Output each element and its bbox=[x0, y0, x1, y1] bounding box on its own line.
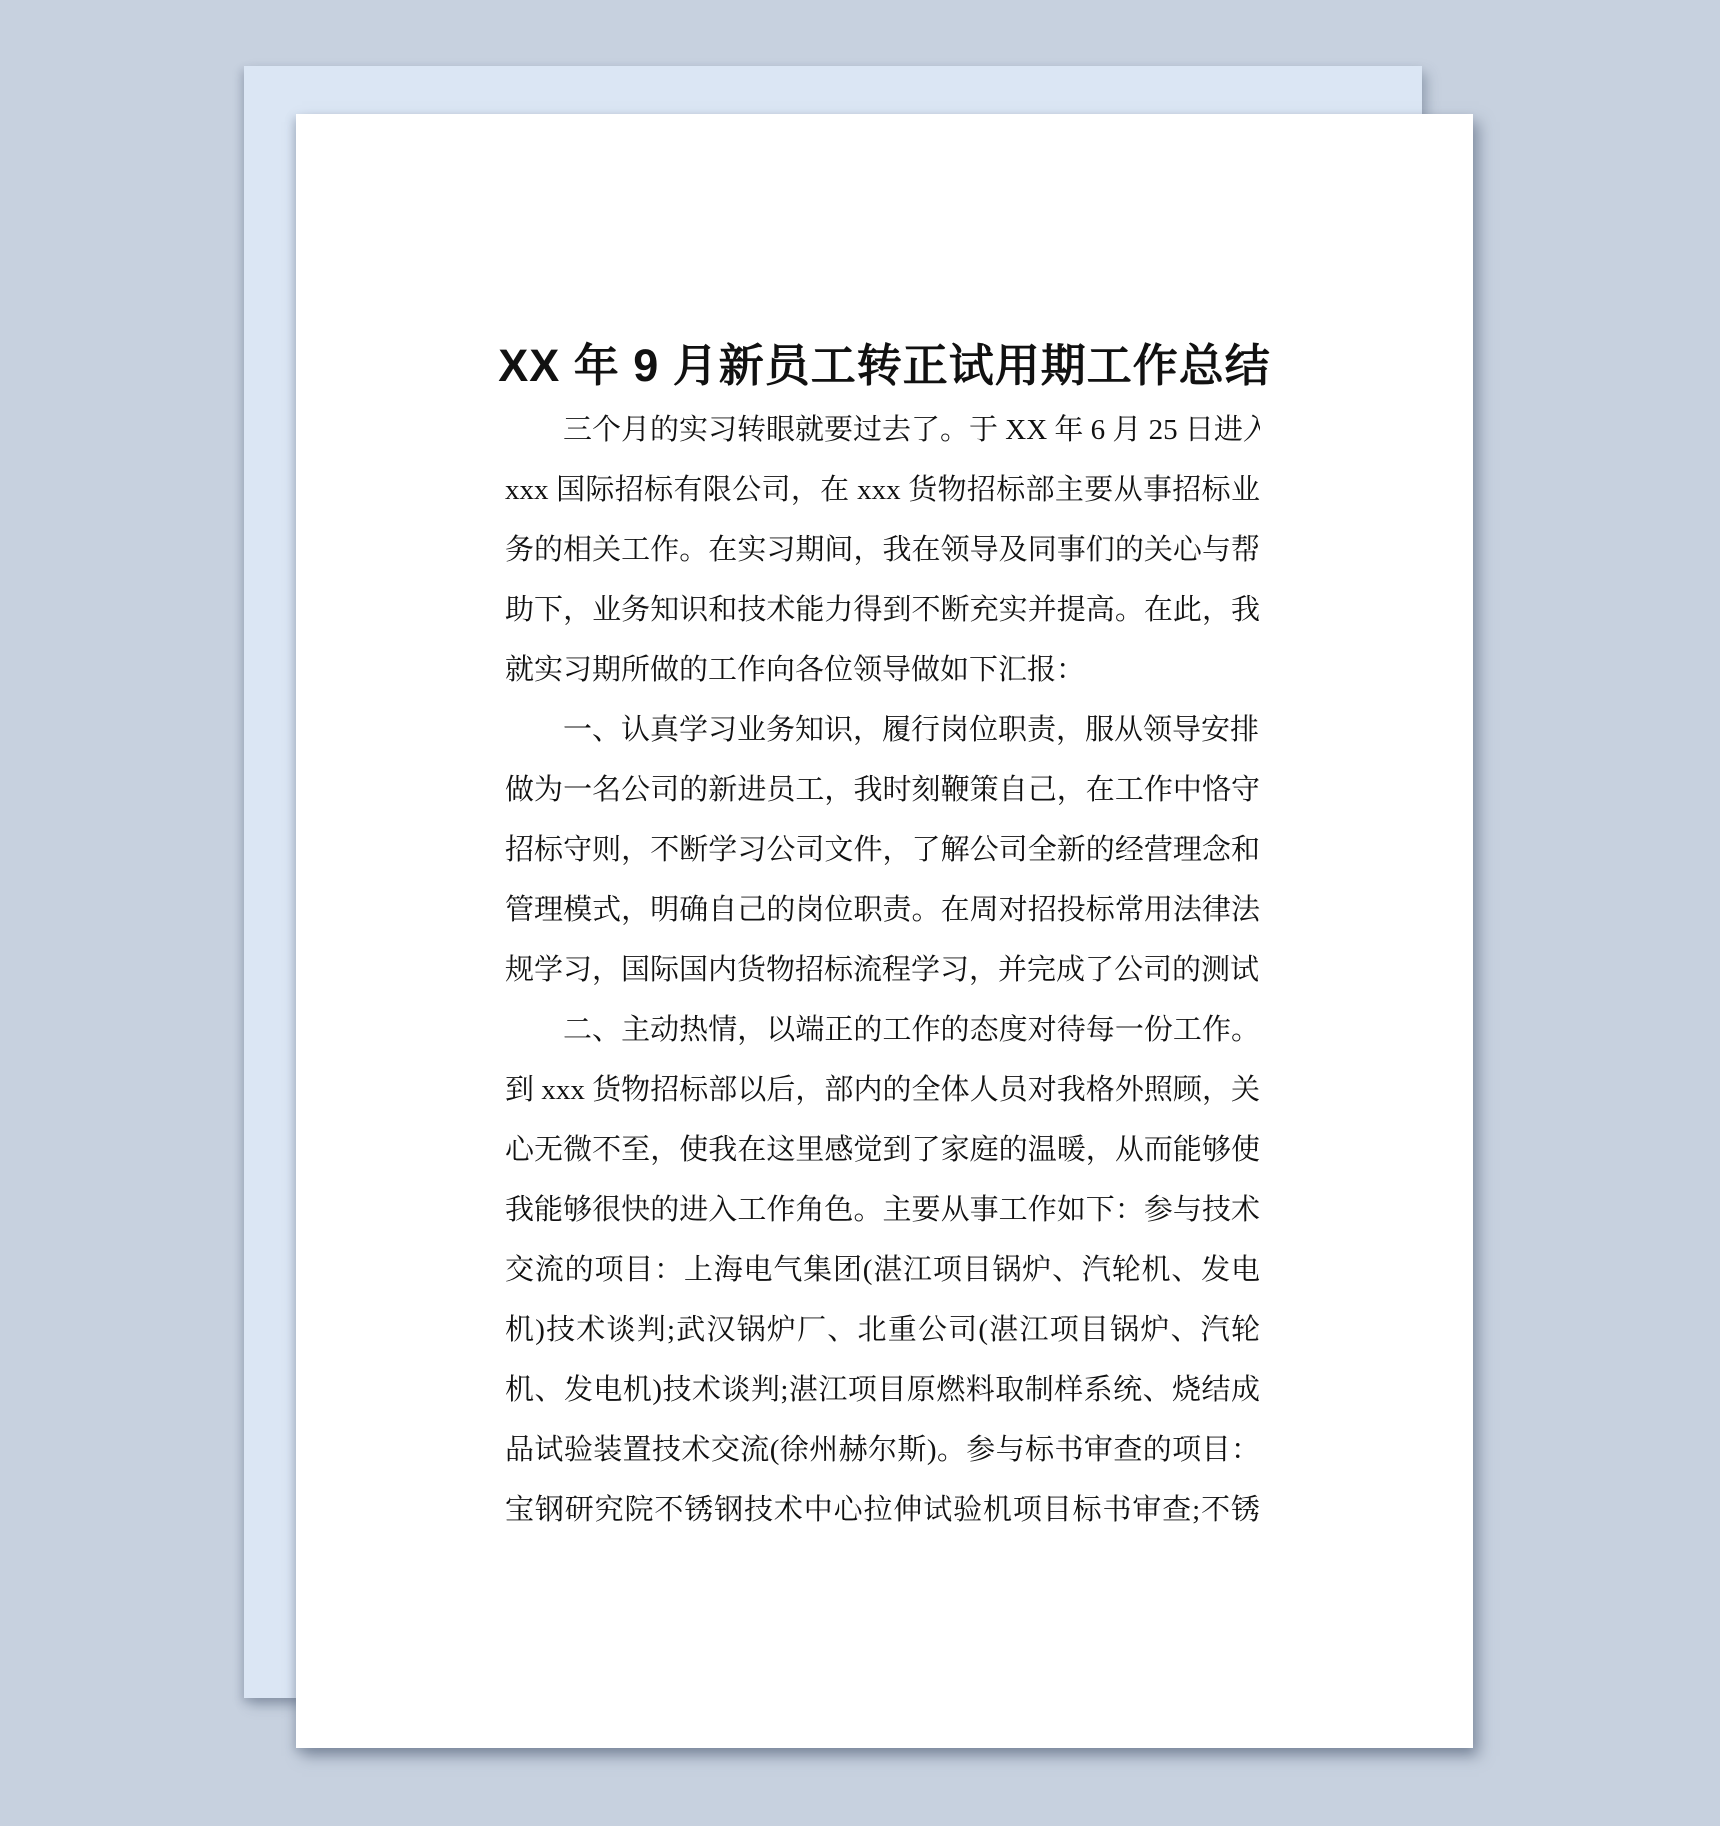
text-line: 我能够很快的进入工作角色。主要从事工作如下：参与技术 bbox=[505, 1180, 1260, 1240]
paragraph: 二、主动热情，以端正的工作的态度对待每一份工作。 到 xxx 货物招标部以后，部… bbox=[505, 1000, 1260, 1540]
text-line: 务的相关工作。在实习期间，我在领导及同事们的关心与帮 bbox=[505, 520, 1260, 580]
document-page: XX 年 9 月新员工转正试用期工作总结 三个月的实习转眼就要过去了。于 XX … bbox=[296, 114, 1473, 1748]
text-line: 到 xxx 货物招标部以后，部内的全体人员对我格外照顾，关 bbox=[505, 1060, 1260, 1120]
text-line: 宝钢研究院不锈钢技术中心拉伸试验机项目标书审查;不锈 bbox=[505, 1480, 1260, 1540]
text-line: 品试验装置技术交流(徐州赫尔斯)。参与标书审查的项目： bbox=[505, 1420, 1260, 1480]
text-line: 管理模式，明确自己的岗位职责。在周对招投标常用法律法 bbox=[505, 880, 1260, 940]
text-line: 三个月的实习转眼就要过去了。于 XX 年 6 月 25 日进入 bbox=[505, 400, 1260, 460]
paragraph: 三个月的实习转眼就要过去了。于 XX 年 6 月 25 日进入 xxx 国际招标… bbox=[505, 400, 1260, 700]
text-line: 做为一名公司的新进员工，我时刻鞭策自己，在工作中恪守 bbox=[505, 760, 1260, 820]
text-line: 规学习，国际国内货物招标流程学习，并完成了公司的测试。 bbox=[505, 940, 1260, 1000]
document-title: XX 年 9 月新员工转正试用期工作总结 bbox=[296, 338, 1473, 394]
text-line: 交流的项目：上海电气集团(湛江项目锅炉、汽轮机、发电 bbox=[505, 1240, 1260, 1300]
desk-background: { "document": { "title": "XX 年 9 月新员工转正试… bbox=[0, 0, 1720, 1826]
text-line: 助下，业务知识和技术能力得到不断充实并提高。在此，我 bbox=[505, 580, 1260, 640]
document-body: 三个月的实习转眼就要过去了。于 XX 年 6 月 25 日进入 xxx 国际招标… bbox=[505, 400, 1260, 1540]
text-line: 一、认真学习业务知识，履行岗位职责，服从领导安排。 bbox=[505, 700, 1260, 760]
text-line: 二、主动热情，以端正的工作的态度对待每一份工作。 bbox=[505, 1000, 1260, 1060]
text-line: 机)技术谈判;武汉锅炉厂、北重公司(湛江项目锅炉、汽轮 bbox=[505, 1300, 1260, 1360]
text-line: 招标守则，不断学习公司文件，了解公司全新的经营理念和 bbox=[505, 820, 1260, 880]
text-line: 心无微不至，使我在这里感觉到了家庭的温暖，从而能够使 bbox=[505, 1120, 1260, 1180]
text-line: xxx 国际招标有限公司，在 xxx 货物招标部主要从事招标业 bbox=[505, 460, 1260, 520]
text-line: 机、发电机)技术谈判;湛江项目原燃料取制样系统、烧结成 bbox=[505, 1360, 1260, 1420]
paragraph: 一、认真学习业务知识，履行岗位职责，服从领导安排。 做为一名公司的新进员工，我时… bbox=[505, 700, 1260, 1000]
text-line: 就实习期所做的工作向各位领导做如下汇报： bbox=[505, 640, 1260, 700]
